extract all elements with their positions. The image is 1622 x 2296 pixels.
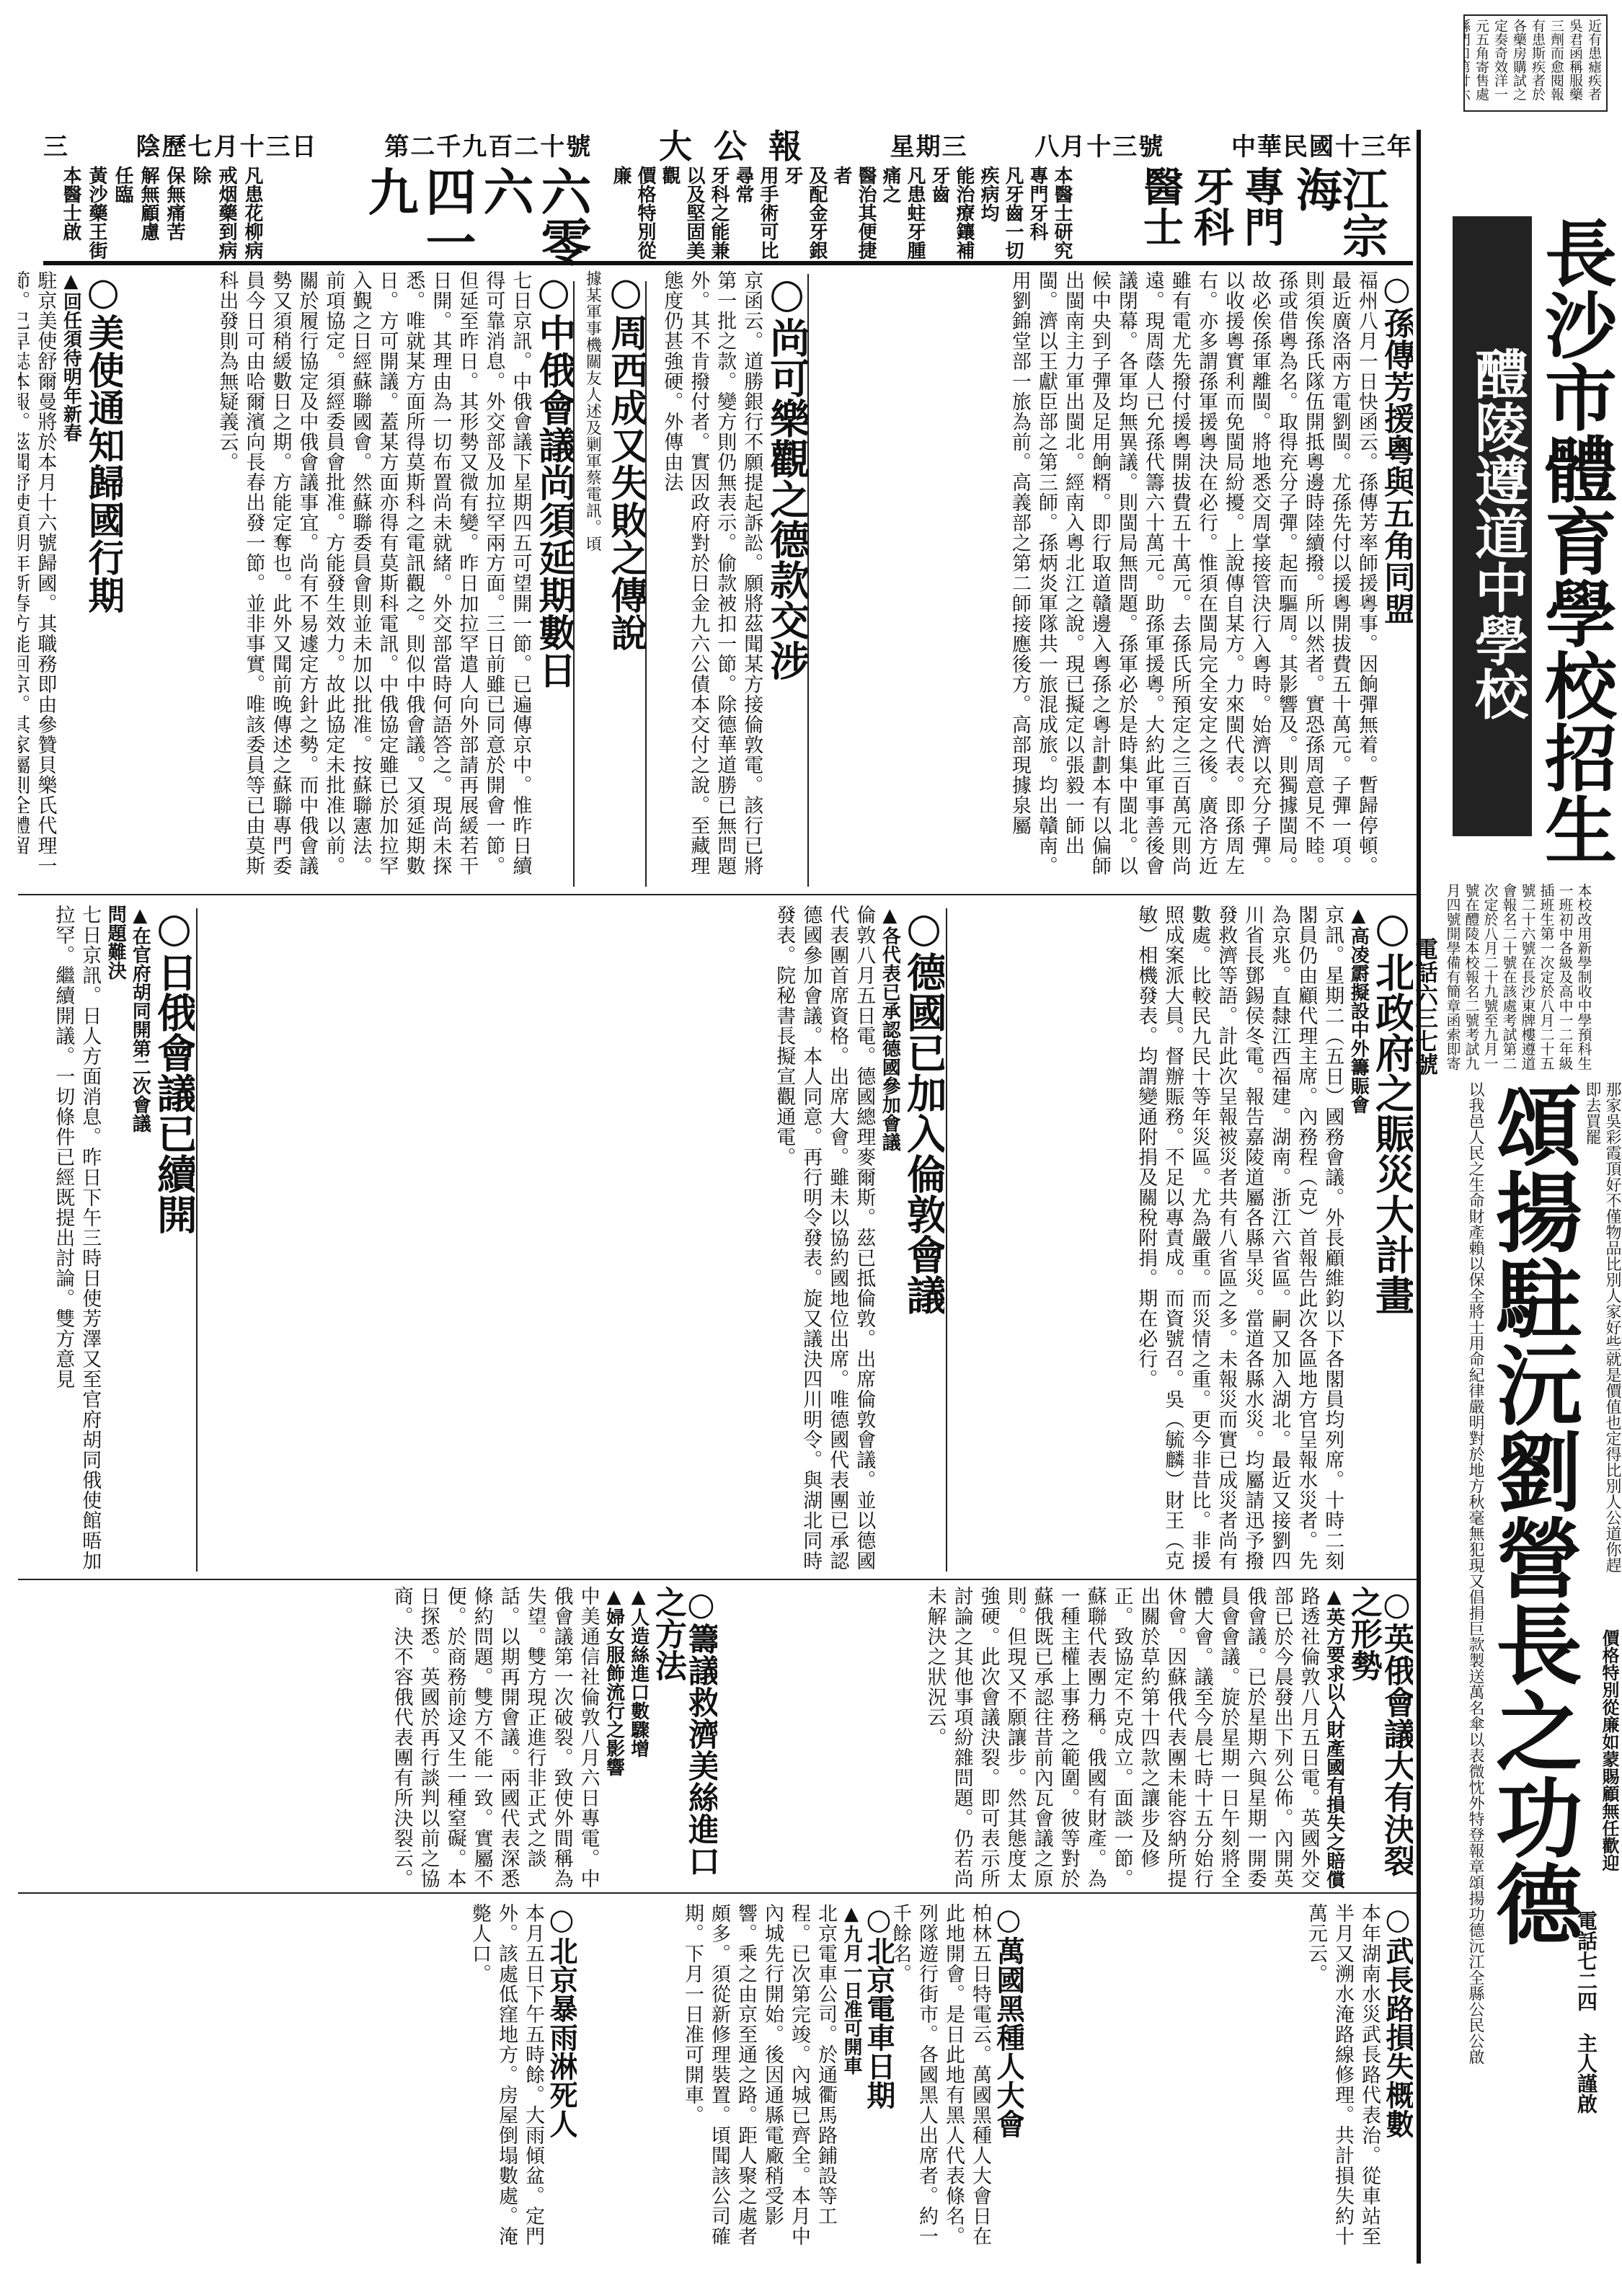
praise-side-note: 那家吳彩霞頂好不僅物品比別人家好些就是價值也定得比別人公道你趕即去買罷 bbox=[1582, 1081, 1622, 1586]
republic-date: 中華民國十三年 bbox=[1231, 127, 1413, 162]
phone-line-1: 六零六 bbox=[475, 166, 593, 267]
ad-line: 凡患花柳病 bbox=[241, 166, 263, 260]
article-headline: 北京電車日期 bbox=[864, 1903, 894, 2264]
masthead-dateline: 中華民國十三年 八月十三號 星期三 大公報 第二千九百二十號 陰歷七月十三日 三 bbox=[43, 126, 1413, 162]
column-divider bbox=[573, 281, 575, 887]
article-subhead: ▲人造絲進口數驟增 bbox=[626, 1586, 651, 1889]
article-subhead: ▲回任須待明年新春 bbox=[58, 270, 83, 890]
article-subhead-2: 問題難決 bbox=[103, 905, 128, 1575]
article-body: 本年湖南水災武長路代表治。從車站至半月又溯水淹路線修理。共計損失約十萬元云。 bbox=[1303, 1903, 1383, 2264]
article-rain-deaths: 北京暴雨淋死人 本月五日下午五時餘。大雨傾盆。定門外。該處低窪地方。房屋倒塌數處… bbox=[18, 1903, 577, 2264]
article-body: 北京電車公司。於通衢馬路鋪設等工程。已次第完竣。內城已齊全。本月中內城先行開始。… bbox=[679, 1903, 839, 2264]
article-body: 七日京訊。日人方面消息。昨日下午三時日使芳澤又至官府胡同俄使館晤加拉罕。繼續開議… bbox=[50, 905, 103, 1575]
section-rule bbox=[18, 1579, 1417, 1580]
ad-line: 本醫士研究專門牙科 bbox=[1027, 166, 1073, 260]
article-body: 京訊。星期二（五日）國務會議。外長顧維鈞以下各閣員均列席。十時二刻閣員仍由顧代理… bbox=[1133, 905, 1346, 1575]
article-headline: 英俄會議大有決裂之形勢 bbox=[1347, 1586, 1413, 1889]
masthead-rule bbox=[43, 261, 1413, 265]
weekday: 星期三 bbox=[890, 127, 968, 162]
ad-line: 凡患蛀牙腫痛之 bbox=[879, 166, 926, 260]
article-japan-russia: 日俄會議已續開 ▲在官府胡同開第二次會議 問題難決 七日京訊。日人方面消息。昨日… bbox=[18, 905, 195, 1575]
dentist-name-col: 醫士 bbox=[1140, 166, 1181, 260]
article-headline: 北京暴雨淋死人 bbox=[546, 1903, 577, 2264]
paper-name: 大公報 bbox=[659, 120, 823, 168]
column-divider bbox=[946, 908, 947, 1572]
article-headline: 中俄會議尚須延期數日 bbox=[533, 270, 573, 890]
ad-line: 及配金牙銀牙 bbox=[781, 166, 828, 260]
column-divider bbox=[807, 274, 809, 887]
ad-line: 黃沙藥王街 bbox=[86, 166, 107, 260]
section-rule bbox=[18, 894, 1417, 895]
praise-bottom-note: 價格特別從廉如蒙賜顧無任歡迎 bbox=[1597, 1629, 1622, 1990]
ad-line: 能治療鑲補牙齒 bbox=[929, 166, 975, 260]
month-day: 八月十三號 bbox=[1034, 127, 1164, 162]
article-headline: 萬國黑種人大會 bbox=[993, 1903, 1024, 2264]
article-headline: 日俄會議已續開 bbox=[152, 905, 195, 1575]
ad-line: 以及堅固美觀 bbox=[659, 166, 705, 260]
remedy-notice-text: 近有患瘧疾者吳君函稱服藥三劑而愈閱報有患斯疾者於各藥房購試之定奏奇效洋一元五角寄… bbox=[1463, 19, 1602, 101]
article-subhead: ▲九月一日准可開車 bbox=[839, 1903, 864, 2264]
drug-ad: 凡患花柳病 戒烟藥到病除 保無痛苦 解無顧慮 任臨 黃沙藥王街 本醫士啟 bbox=[58, 166, 265, 267]
article-headline: 孫傳芳援粵與五角同盟 bbox=[1380, 270, 1413, 890]
phone-line-2: 四一九 bbox=[360, 166, 477, 267]
article-subhead: ▲高凌霨擬設中外籌賑會 bbox=[1346, 905, 1370, 1575]
ad-line: 價格特別從廉 bbox=[610, 166, 656, 260]
article-north-govt-relief: 北政府之賑災大計畫 ▲高凌霨擬設中外籌賑會 京訊。星期二（五日）國務會議。外長顧… bbox=[952, 905, 1413, 1575]
article-headline: 德國已加入倫敦會議 bbox=[902, 905, 944, 1575]
article-subhead-2: ▲婦女服飾流行之影響 bbox=[602, 1586, 626, 1889]
school-notice: 本校改用新學制收中學預科生一班初中各級及高中一二年級插班生第一次定於八月二十五號… bbox=[1442, 883, 1593, 1071]
praise-advertisement: 頌揚駐沅劉營長之功德 以我邑人民之生命財產賴以保全將士用命紀律嚴明對於地方秋毫無… bbox=[1406, 1081, 1622, 2091]
ad-line: 醫治其便捷者 bbox=[830, 166, 877, 260]
article-body: 福州八月一日快函云。孫傳芳率師援粵事。因餉彈無着。暫歸停頓。最近廣洛兩方電劉閩。… bbox=[1006, 270, 1380, 890]
issue-number: 第二千九百二十號 bbox=[384, 127, 592, 162]
ad-line: 任臨 bbox=[112, 166, 133, 203]
article-sino-soviet: 中俄會議尚須延期數日 七日京訊。中俄會議下星期四五可望開一節。已遍傳京中。惟昨日… bbox=[123, 270, 573, 890]
praise-ad-body: 以我邑人民之生命財產賴以保全將士用命紀律嚴明對於地方秋毫無犯現又倡捐巨款製送萬名… bbox=[1465, 1081, 1485, 2091]
praise-ad-title: 頌揚駐沅劉營長之功德 bbox=[1485, 1081, 1579, 2091]
school-ad-title: 長沙市體育學校招生 bbox=[1528, 216, 1615, 937]
article-tram-date: 北京電車日期 ▲九月一日准可開車 北京電車公司。於通衢馬路鋪設等工程。已次第完竣… bbox=[577, 1903, 894, 2264]
article-headline: 美使通知歸國行期 bbox=[83, 270, 123, 890]
column-divider bbox=[645, 281, 647, 887]
advertisement-band: 江宗海 專門 牙科 醫士 本醫士研究專門牙科 凡牙齒一切疾病均 能治療鑲補牙齒 … bbox=[43, 166, 1413, 260]
article-body: 京函云。道勝銀行不願提起訴訟。願將茲聞某方接倫敦電。該行已將第一批之款。變方則仍… bbox=[658, 270, 765, 890]
article-body: 本月五日下午五時餘。大雨傾盆。定門外。該處低窪地方。房屋倒塌數處。淹斃人口。 bbox=[466, 1903, 546, 2264]
article-subhead: ▲在官府胡同開第二次會議 bbox=[128, 905, 152, 1575]
article-body: 中美通信社倫敦八月六日專電。中俄會議第一次破裂。致使外間稱為失望。雙方現正進行非… bbox=[389, 1586, 602, 1889]
article-all-nations: 萬國黑種人大會 柏林五日特電云。萬國黑種人大會日在此地開會。是日此地有黑人代表條… bbox=[894, 1903, 1024, 2264]
school-ad-box: 醴陵遵道中學校 bbox=[1453, 216, 1532, 836]
article-headline: 周西成又失敗之傳說 bbox=[606, 270, 645, 890]
article-subhead: ▲英方要求以入財產國有損失之賠償 bbox=[1322, 1586, 1347, 1889]
remedy-notice-box: 近有患瘧疾者吳君函稱服藥三劑而愈閱報有患斯疾者於各藥房購試之定奏奇效洋一元五角寄… bbox=[1463, 14, 1608, 112]
column-divider bbox=[196, 908, 198, 1572]
article-headline: 籌議救濟美絲進口之方法 bbox=[651, 1586, 717, 1889]
ad-line: 解無顧慮 bbox=[138, 166, 159, 241]
article-us-envoy: 美使通知歸國行期 ▲回任須待明年新春 駐京美使舒爾曼將於本月十六號歸國。其職務即… bbox=[18, 270, 123, 890]
dentist-name-col: 牙科 bbox=[1191, 166, 1231, 260]
article-zhou-xicheng: 周西成又失敗之傳說 據某軍事機關友人述及剿軍蔡電訊。頃 bbox=[577, 270, 645, 890]
dentist-ad-name: 江宗海 專門 牙科 醫士 bbox=[1140, 166, 1384, 260]
praise-signature: 主人謹啟 bbox=[1572, 2033, 1600, 2148]
article-wuchang-loss: 武長路損失概數 本年湖南水災武長路代表治。從車站至半月又溯水淹路線修理。共計損失… bbox=[1024, 1903, 1413, 2264]
article-subhead: ▲各代表已承認德國參加會議 bbox=[877, 905, 902, 1575]
ad-line: 保無痛苦 bbox=[164, 166, 185, 241]
article-anglo-russian: 英俄會議大有決裂之形勢 ▲英方要求以入財產國有損失之賠償 路透社倫敦八月五日電。… bbox=[721, 1586, 1413, 1889]
dentist-ad-body: 本醫士研究專門牙科 凡牙齒一切疾病均 能治療鑲補牙齒 凡患蛀牙腫痛之 醫治其便捷… bbox=[608, 166, 1074, 260]
ad-line: 凡牙齒一切疾病均 bbox=[978, 166, 1024, 260]
article-german-loan: 尚可樂觀之德款交涉 京函云。道勝銀行不願提起訴訟。願將茲聞某方接倫敦電。該行已將… bbox=[649, 270, 807, 890]
dentist-name-col: 江宗海 bbox=[1292, 166, 1384, 260]
ad-line: 用手術可比尋常 bbox=[732, 166, 779, 260]
lunar-date: 陰歷七月十三日 bbox=[136, 127, 318, 162]
article-sun-chuanfang: 孫傳芳援粵與五角同盟 福州八月一日快函云。孫傳芳率師援粵事。因餉彈無着。暫歸停頓… bbox=[815, 270, 1413, 890]
article-headline: 尚可樂觀之德款交涉 bbox=[765, 270, 807, 890]
article-body: 路透社倫敦八月五日電。英國外交部已於今晨發出下列公佈。內開英俄會議。已於星期六與… bbox=[922, 1586, 1322, 1889]
article-body: 駐京美使舒爾曼將於本月十六號歸國。其職務即由參贊貝樂氏代理一節。已早誌本報。茲聞… bbox=[18, 270, 58, 890]
section-rule bbox=[18, 1892, 1417, 1894]
article-germany-london: 德國已加入倫敦會議 ▲各代表已承認德國參加會議 倫敦八月五日電。德國總理麥爾斯。… bbox=[202, 905, 944, 1575]
page-number: 三 bbox=[43, 127, 69, 162]
article-body: 據某軍事機關友人述及剿軍蔡電訊。頃 bbox=[579, 270, 606, 890]
article-silk-import: 籌議救濟美絲進口之方法 ▲人造絲進口數驟增 ▲婦女服飾流行之影響 中美通信社倫敦… bbox=[18, 1586, 717, 1889]
article-body: 七日京訊。中俄會議下星期四五可望開一節。已遍傳京中。惟昨日續得可靠消息。外交部及… bbox=[213, 270, 533, 890]
phone-number-ad: 六零六 四一九 bbox=[360, 166, 591, 267]
dentist-name-col: 專門 bbox=[1241, 166, 1282, 260]
newspaper-page: 近有患瘧疾者吳君函稱服藥三劑而愈閱報有患斯疾者於各藥房購試之定奏奇效洋一元五角寄… bbox=[0, 0, 1622, 2296]
ad-line: 本醫士啟 bbox=[60, 166, 81, 241]
ad-line: 戒烟藥到病除 bbox=[190, 166, 237, 260]
article-body: 柏林五日特電云。萬國黑種人大會日在此地開會。是日此地有黑人代表條名。列隊遊行街市… bbox=[894, 1903, 993, 2264]
article-body: 倫敦八月五日電。德國總理麥爾斯。茲已抵倫敦。出席倫敦會議。並以德國代表團首席資格… bbox=[771, 905, 877, 1575]
ad-line: 牙科之能兼 bbox=[708, 166, 730, 260]
